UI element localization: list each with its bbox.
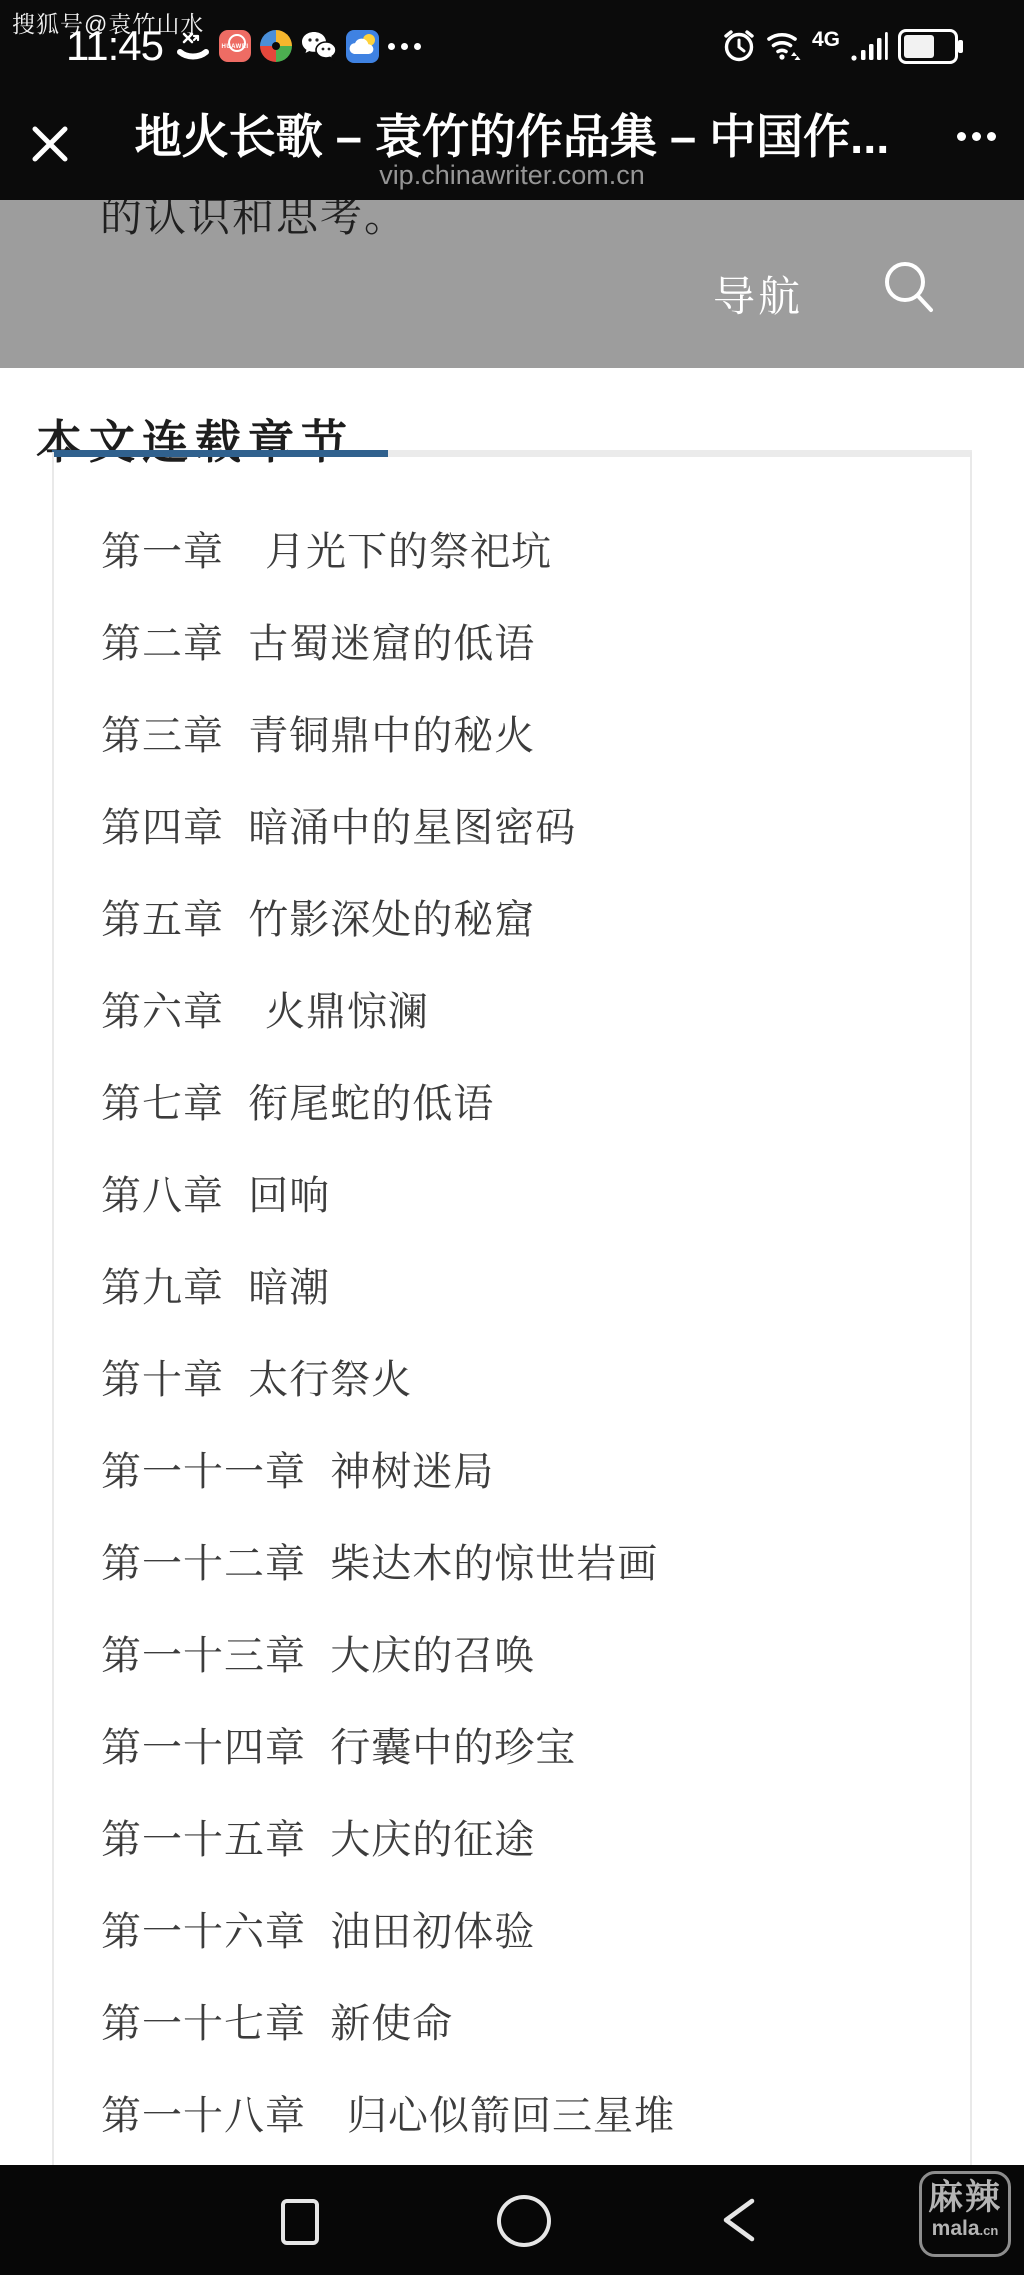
home-button[interactable] (497, 2195, 551, 2247)
chapter-label: 第一十二章 柴达木的惊世岩画 (101, 1532, 658, 1589)
chapter-label: 第一十五章 大庆的征途 (101, 1808, 535, 1865)
chapter-label: 第七章 衔尾蛇的低语 (101, 1072, 494, 1129)
clipped-paragraph-text: 的认识和思考。 (100, 200, 408, 244)
status-bar: 11:45 HUAWEI (66, 26, 958, 66)
chapter-label: 第二章 古蜀迷窟的低语 (101, 612, 535, 669)
signal-bars-icon (850, 29, 888, 63)
appgallery-brand-text: HUAWEI (219, 44, 251, 50)
battery-icon (898, 29, 958, 64)
page-url: vip.chinawriter.com.cn (0, 160, 1024, 191)
chapter-label: 第一十六章 油田初体验 (101, 1900, 535, 1957)
chapter-link[interactable]: 第一十三章 大庆的召唤 (54, 1606, 970, 1698)
notification-overflow-icon (388, 43, 421, 50)
chapter-label: 第一十四章 行囊中的珍宝 (101, 1716, 576, 1773)
chapter-link[interactable]: 第十章 太行祭火 (54, 1330, 970, 1422)
watermark-en-main: mala (932, 2217, 980, 2240)
chapter-label: 第一十三章 大庆的召唤 (101, 1624, 535, 1681)
chapter-label: 第一章 月光下的祭祀坑 (101, 520, 552, 577)
network-type-label: 4G (812, 30, 840, 50)
chapter-link[interactable]: 第二章 古蜀迷窟的低语 (54, 594, 970, 686)
chapter-link[interactable]: 第九章 暗潮 (54, 1238, 970, 1330)
huawei-appgallery-icon: HUAWEI (219, 30, 251, 62)
status-right-cluster: 4G (722, 29, 958, 64)
clock-time: 11:45 (66, 26, 163, 66)
more-options-icon[interactable] (957, 132, 996, 141)
alarm-icon (722, 29, 756, 63)
chapter-link[interactable]: 第一十五章 大庆的征途 (54, 1790, 970, 1882)
chapter-link[interactable]: 第一十一章 神树迷局 (54, 1422, 970, 1514)
chapter-link[interactable]: 第一十七章 新使命 (54, 1974, 970, 2066)
chapter-link[interactable]: 第一十六章 油田初体验 (54, 1882, 970, 1974)
page-overlay-band: 的认识和思考。 导航 (0, 200, 1024, 368)
chapter-label: 第八章 回响 (101, 1164, 330, 1221)
gallery-pinwheel-icon (260, 30, 292, 62)
search-icon[interactable] (880, 258, 938, 316)
page-title: 地火长歌 – 袁竹的作品集 – 中国作... (110, 100, 914, 167)
mala-watermark: 麻辣 mala.cn (919, 2171, 1011, 2257)
webview-titlebar: 地火长歌 – 袁竹的作品集 – 中国作... (0, 100, 1024, 164)
chapter-label: 第五章 竹影深处的秘窟 (101, 888, 535, 945)
recent-apps-button[interactable] (281, 2199, 319, 2245)
phone-screen: 搜狐号@袁竹山水 11:45 HUAWEI (0, 0, 1024, 2275)
chapter-link[interactable]: 第八章 回响 (54, 1146, 970, 1238)
chapter-link[interactable]: 第三章 青铜鼎中的秘火 (54, 686, 970, 778)
watermark-en-text: mala.cn (922, 2216, 1008, 2244)
android-navbar: 麻辣 mala.cn (0, 2165, 1024, 2275)
missed-call-icon (176, 31, 210, 61)
chapter-label: 第四章 暗涌中的星图密码 (101, 796, 576, 853)
close-icon[interactable] (30, 124, 70, 164)
site-nav-button[interactable]: 导航 (713, 264, 803, 324)
chapter-link[interactable]: 第七章 衔尾蛇的低语 (54, 1054, 970, 1146)
chapter-link[interactable]: 第六章 火鼎惊澜 (54, 962, 970, 1054)
chapter-link[interactable]: 第五章 竹影深处的秘窟 (54, 870, 970, 962)
chapter-label: 第九章 暗潮 (101, 1256, 330, 1313)
chapter-label: 第十章 太行祭火 (101, 1348, 412, 1405)
chapter-link[interactable]: 第四章 暗涌中的星图密码 (54, 778, 970, 870)
top-header: 搜狐号@袁竹山水 11:45 HUAWEI (0, 0, 1024, 200)
chapter-link[interactable]: 第一章 月光下的祭祀坑 (54, 502, 970, 594)
chapter-link[interactable]: 第一十四章 行囊中的珍宝 (54, 1698, 970, 1790)
weather-icon (346, 30, 379, 63)
chapter-label: 第一十一章 神树迷局 (101, 1440, 494, 1497)
chapter-link[interactable]: 第一十二章 柴达木的惊世岩画 (54, 1514, 970, 1606)
watermark-tld: .cn (980, 2223, 999, 2238)
wifi-icon (766, 29, 802, 63)
chapter-label: 第六章 火鼎惊澜 (101, 980, 429, 1037)
chapter-list: 第一章 月光下的祭祀坑 第二章 古蜀迷窟的低语 第三章 青铜鼎中的秘火 第四章 … (52, 452, 972, 2165)
back-button[interactable] (716, 2195, 762, 2245)
chapter-label: 第三章 青铜鼎中的秘火 (101, 704, 535, 761)
main-content: 本文连载章节 第一章 月光下的祭祀坑 第二章 古蜀迷窟的低语 第三章 青铜鼎中的… (0, 368, 1024, 2165)
wechat-icon (301, 30, 337, 62)
watermark-cn-text: 麻辣 (922, 2180, 1008, 2216)
chapter-label: 第一十八章 归心似箭回三星堆 (101, 2084, 675, 2141)
chapter-link[interactable]: 第一十八章 归心似箭回三星堆 (54, 2066, 970, 2158)
chapter-label: 第一十七章 新使命 (101, 1992, 453, 2049)
